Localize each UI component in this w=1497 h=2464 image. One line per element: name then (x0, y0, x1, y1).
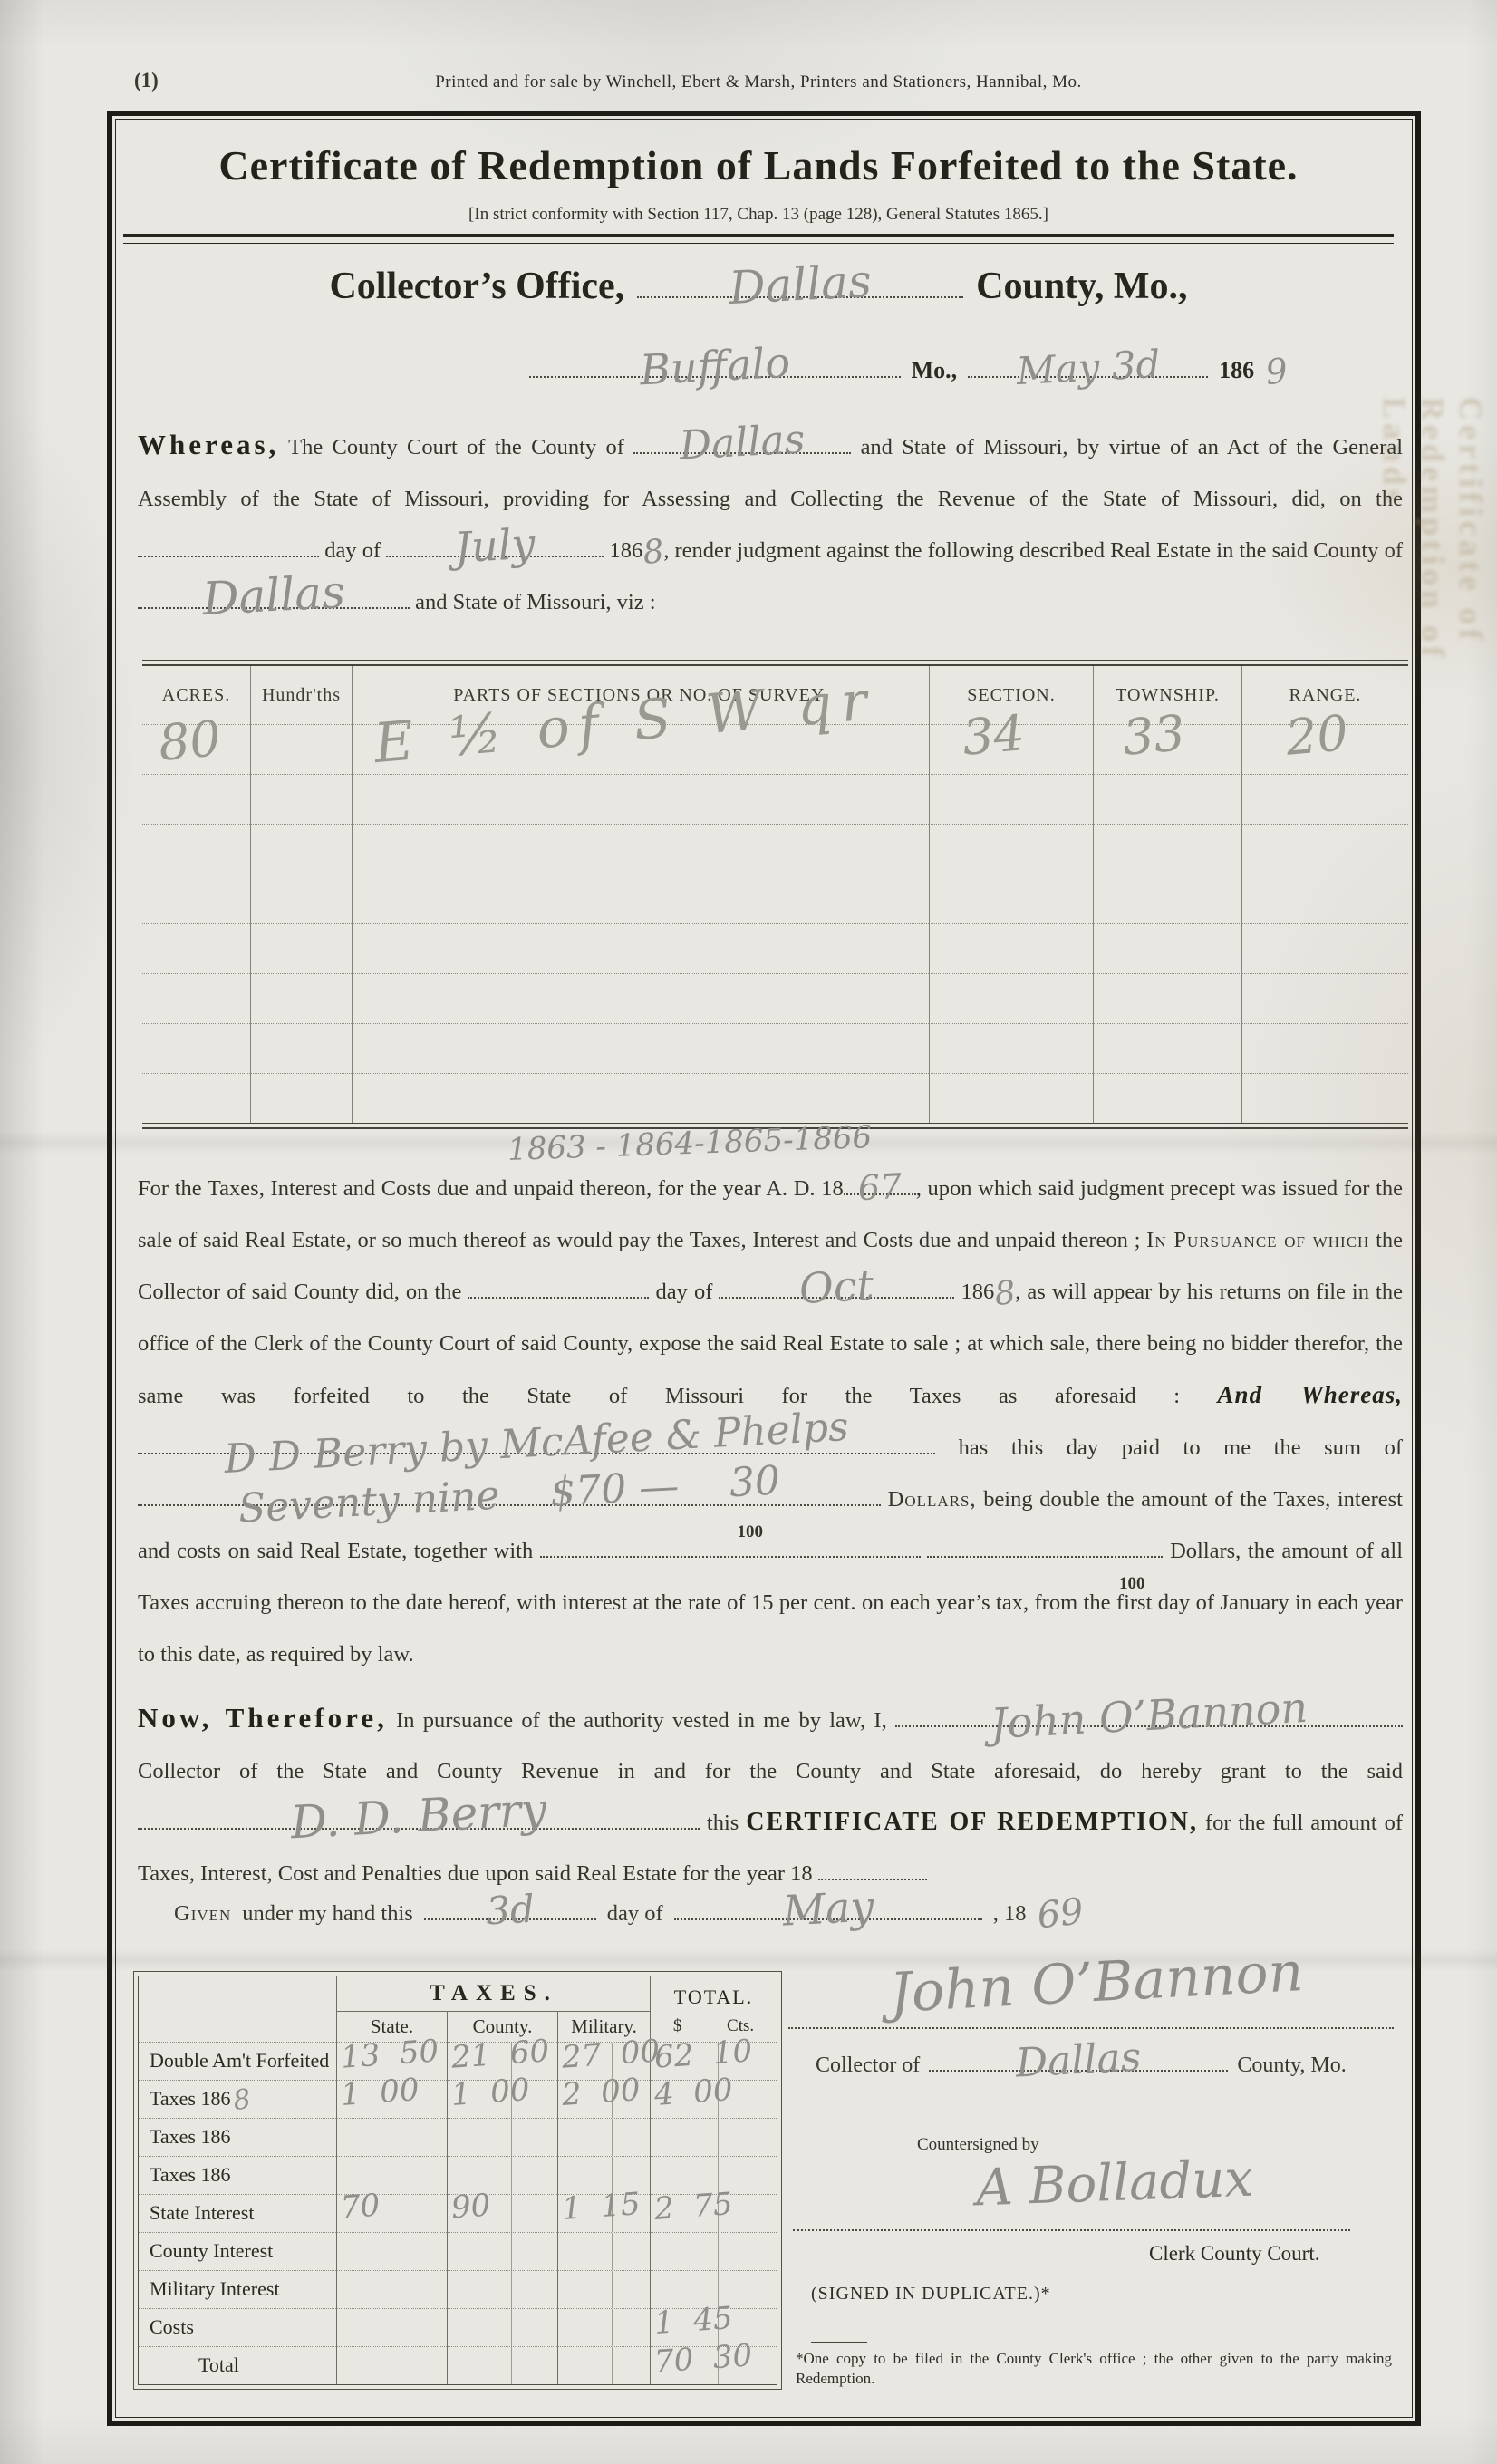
tax-year-handwritten: 8 (233, 2100, 250, 2102)
date-blank: May 3d (968, 371, 1208, 378)
tax-row-label-text: County Interest (150, 2239, 273, 2262)
tax-table-row: Total70 30 (139, 2346, 777, 2384)
month-handwritten: Oct (798, 1264, 874, 1309)
land-table-cell (1093, 1073, 1241, 1123)
tax-table-row: State Interest70901 152 75 (139, 2194, 777, 2232)
tax-table-row: County Interest (139, 2232, 777, 2270)
land-table-cell (929, 824, 1093, 874)
tax-row-label: Taxes 186 (139, 2118, 336, 2156)
land-table-cell (250, 874, 352, 923)
footnote: *One copy to be filed in the County Cler… (796, 2349, 1392, 2389)
land-table-cell (352, 874, 929, 923)
grantee-handwritten: D. D. Berry (290, 1787, 548, 1846)
pursuance-phrase: In Pursuance of which (1146, 1228, 1369, 1252)
land-table-cell (250, 774, 352, 824)
land-table-cell (250, 1073, 352, 1123)
tax-value-cell-total: 70 30 (650, 2346, 777, 2384)
tax-value-handwritten: 21 60 (450, 2035, 550, 2073)
tax-value-cell-total (650, 2232, 777, 2270)
document-page: (1) Printed and for sale by Winchell, Eb… (0, 0, 1497, 2464)
land-column-header: TOWNSHIP. (1093, 666, 1241, 724)
land-table-cell (250, 1023, 352, 1073)
land-table-cell (352, 824, 929, 874)
tax-value-cell-total (650, 2118, 777, 2156)
day-blank (138, 552, 319, 557)
land-table-cell (142, 774, 250, 824)
land-table-cell (1093, 774, 1241, 824)
land-table-cell (250, 824, 352, 874)
total-header: TOTAL. (650, 1976, 777, 2011)
tax-row-label-text: Taxes 186 (150, 2087, 231, 2110)
land-column-header: SECTION. (929, 666, 1093, 724)
tax-row-label: Double Am't Forfeited (139, 2042, 336, 2080)
land-table-cell (1241, 724, 1408, 774)
land-table-cell (142, 1023, 250, 1073)
tax-value-handwritten: 1 15 (561, 2189, 642, 2225)
tax-row-label: County Interest (139, 2232, 336, 2270)
tax-value-cell-county (447, 2118, 557, 2156)
tax-row-label: Military Interest (139, 2270, 336, 2308)
land-table-cell (929, 923, 1093, 973)
signed-in-duplicate-note: (SIGNED IN DUPLICATE.)* (811, 2284, 1051, 2305)
dollars-label: Dollars, (888, 1487, 977, 1512)
day-handwritten: 3d (485, 1890, 536, 1931)
land-table-cell (142, 923, 250, 973)
given-lead: Given (174, 1901, 231, 1927)
year-handwritten: 69 (1038, 1911, 1084, 1916)
printed-text: and State of Missouri, viz : (415, 590, 655, 614)
collector-of-line: Collector of Dallas County, Mo. (816, 2053, 1347, 2078)
sum-blank: Seventy nine $70 — 30100 (138, 1499, 881, 1506)
tax-row-label-text: Total (198, 2353, 239, 2376)
year-handwritten: 8 (995, 1293, 1016, 1295)
printed-text: has (959, 1435, 989, 1460)
document-title: Certificate of Redemption of Lands Forfe… (107, 141, 1410, 189)
printed-text: day of (656, 1280, 713, 1304)
printed-text: For the Taxes, Interest and Costs due an… (138, 1176, 844, 1201)
county-blank: Dallas (929, 2064, 1228, 2072)
footnote-rule (811, 2342, 867, 2343)
place-blank: Buffalo (529, 371, 901, 378)
land-table-cell (1093, 973, 1241, 1023)
year-blank (818, 1875, 927, 1880)
tax-value-cell-military (557, 2232, 650, 2270)
month-blank: Oct (719, 1291, 954, 1299)
tax-value-cell-military: 2 00 (557, 2080, 650, 2118)
tax-row-label: Taxes 1868 (139, 2080, 336, 2118)
land-table-cell (250, 973, 352, 1023)
land-table-cell (929, 774, 1093, 824)
certificate-of-redemption-phrase: CERTIFICATE OF REDEMPTION, (746, 1808, 1198, 1836)
printed-text: , render judgment against the following … (663, 538, 1403, 563)
land-table-cell (929, 724, 1093, 774)
tax-table-row: Taxes 18681 001 002 004 00 (139, 2080, 777, 2118)
land-table-cell (1093, 874, 1241, 923)
printed-text: The County Court of the County of (288, 435, 624, 459)
printed-text: this day paid to me the sum of (1011, 1435, 1403, 1460)
tax-value-cell-state (336, 2346, 447, 2384)
tax-value-handwritten: 27 00 (561, 2035, 661, 2073)
land-table-cell (142, 724, 250, 774)
amount-blank: 100 (927, 1552, 1163, 1558)
dollar-sign: $ (673, 2016, 682, 2036)
fraction-denominator: 100 (738, 1506, 764, 1558)
land-table-cell (250, 923, 352, 973)
given-line: Given under my hand this 3d day of May ,… (174, 1901, 1083, 1927)
land-column-header: ACRES. (142, 666, 250, 724)
tax-row-label: Costs (139, 2308, 336, 2346)
land-table-cell (1093, 1023, 1241, 1073)
land-table-cell (142, 973, 250, 1023)
tax-value-cell-total: 4 00 (650, 2080, 777, 2118)
land-column-header: Hundr'ths (250, 666, 352, 724)
tax-value-cell-county: 1 00 (447, 2080, 557, 2118)
land-table-cell (1241, 824, 1408, 874)
land-table-cell (352, 724, 929, 774)
land-column-header: PARTS OF SECTIONS OR NO. OF SURVEY. (352, 666, 929, 724)
land-table-cell (1241, 923, 1408, 973)
countersigned-label: Countersigned by (917, 2135, 1039, 2155)
tax-value-cell-military (557, 2346, 650, 2384)
collector-name-blank: John O’Bannon (895, 1720, 1403, 1727)
tax-value-cell-county (447, 2270, 557, 2308)
taxes-paragraph: For the Taxes, Interest and Costs due an… (138, 1163, 1403, 1680)
tax-table-row: Taxes 186 (139, 2118, 777, 2156)
collector-name-handwritten: John O’Bannon (990, 1686, 1309, 1744)
tax-value-handwritten: 2 00 (561, 2074, 642, 2111)
land-table-cell (929, 1073, 1093, 1123)
land-table-cell (352, 1023, 929, 1073)
and-whereas-lead: And Whereas, (1218, 1381, 1403, 1408)
tax-row-label: State Interest (139, 2194, 336, 2232)
land-table-cell (1093, 724, 1241, 774)
county-handwritten: Dallas (728, 258, 873, 311)
collector-of-label: Collector of (816, 2053, 920, 2078)
printed-text: 186 (610, 538, 643, 563)
printed-text: day of (324, 538, 381, 563)
tax-row-label-text: Taxes 186 (150, 2163, 231, 2186)
grantee-blank: D. D. Berry (138, 1822, 700, 1830)
land-table-cell (352, 973, 929, 1023)
tax-row-label-text: Taxes 186 (150, 2125, 231, 2148)
tax-table-rows: Double Am't Forfeited13 5021 6027 0062 1… (139, 2042, 777, 2384)
day-blank (468, 1293, 649, 1299)
whereas-paragraph: Whereas, The County Court of the County … (138, 419, 1403, 628)
land-table-cell (929, 1023, 1093, 1073)
printed-text: day of (607, 1901, 663, 1927)
county-handwritten: Dallas (1015, 2037, 1143, 2083)
printed-text: , 18 (993, 1901, 1027, 1927)
land-table-cell (352, 1073, 929, 1123)
tax-value-cell-state (336, 2270, 447, 2308)
year-blank: 67 (844, 1188, 916, 1195)
payer-blank: D D Berry by McAfee & Phelps (138, 1447, 935, 1454)
tax-row-label-text: Military Interest (150, 2277, 280, 2300)
tax-value-cell-state (336, 2232, 447, 2270)
county-handwritten: Dallas (679, 420, 806, 466)
tax-value-cell-military (557, 2118, 650, 2156)
month-handwritten: July (454, 523, 536, 569)
land-table-cell (1093, 923, 1241, 973)
tax-value-handwritten: 70 30 (653, 2340, 753, 2377)
tax-value-cell-military: 1 15 (557, 2194, 650, 2232)
land-table-cell (1241, 1023, 1408, 1073)
tax-value-cell-state: 70 (336, 2194, 447, 2232)
land-table-cell (250, 724, 352, 774)
tax-value-cell-state (336, 2308, 447, 2346)
land-table-cell (1241, 874, 1408, 923)
tax-table-row: Costs1 45 (139, 2308, 777, 2346)
tax-value-cell-state: 1 00 (336, 2080, 447, 2118)
tax-value-handwritten: 62 10 (653, 2035, 753, 2073)
now-therefore-lead: Now, Therefore, (138, 1702, 388, 1734)
printed-text: In pursuance of the authority vested in … (396, 1708, 887, 1733)
land-table-cell (1241, 1073, 1408, 1123)
tax-value-handwritten: 1 45 (653, 2303, 734, 2339)
taxes-header: TAXES. (336, 1976, 651, 2012)
tax-value-handwritten: 2 75 (653, 2189, 734, 2225)
county-blank: Dallas (637, 291, 963, 298)
tax-row-label: Total (139, 2346, 336, 2384)
tax-value-handwritten: 4 00 (653, 2074, 734, 2111)
tax-value-handwritten: 1 00 (450, 2074, 531, 2111)
office-suffix: County, Mo., (976, 265, 1187, 308)
land-table-cell (929, 874, 1093, 923)
conformity-note: [In strict conformity with Section 117, … (107, 205, 1410, 225)
county-handwritten: Dallas (201, 569, 346, 622)
date-handwritten: May 3d (1015, 345, 1161, 391)
tax-summary-table: TAXES. TOTAL. State. County. Military. $… (138, 1976, 777, 2385)
month-handwritten: May (781, 1885, 874, 1931)
month-blank: July (386, 550, 604, 557)
land-table-cell (1241, 774, 1408, 824)
amount-blank (540, 1552, 921, 1558)
printed-text: this (707, 1811, 739, 1835)
month-blank: May (674, 1913, 982, 1920)
tax-value-cell-county (447, 2346, 557, 2384)
printed-text: Collector of the State and County Revenu… (138, 1759, 1403, 1783)
tax-value-cell-military (557, 2270, 650, 2308)
signature-line (788, 2027, 1394, 2029)
county-mo-suffix: County, Mo. (1237, 2053, 1346, 2078)
mo-label: Mo., (912, 357, 958, 384)
place-handwritten: Buffalo (639, 342, 791, 391)
fraction-denominator: 100 (1119, 1558, 1145, 1609)
tax-value-handwritten: 1 00 (340, 2074, 420, 2111)
tax-value-cell-county (447, 2308, 557, 2346)
land-column-header: RANGE. (1241, 666, 1408, 724)
tax-value-cell-county: 90 (447, 2194, 557, 2232)
tax-row-label-text: Costs (150, 2315, 194, 2338)
land-table-cell (929, 973, 1093, 1023)
tax-value-cell-state (336, 2118, 447, 2156)
tax-value-cell-total: 2 75 (650, 2194, 777, 2232)
signature-line (793, 2229, 1350, 2231)
tax-row-label-text: Double Am't Forfeited (150, 2049, 329, 2072)
land-table-cell (352, 774, 929, 824)
day-blank: 3d (424, 1913, 596, 1920)
whereas-lead: Whereas, (138, 429, 279, 460)
year-prefix: 186 (1219, 357, 1254, 384)
year-handwritten: 8 (643, 552, 664, 554)
county-blank: Dallas (633, 447, 851, 454)
printed-text: 186 (961, 1280, 995, 1304)
tax-value-cell-county (447, 2232, 557, 2270)
clerk-title: Clerk County Court. (1149, 2242, 1319, 2266)
tax-value-handwritten: 90 (450, 2190, 492, 2224)
tax-value-handwritten: 70 (340, 2190, 381, 2224)
tax-value-handwritten: 13 50 (340, 2035, 439, 2073)
year-handwritten: 9 (1266, 371, 1288, 373)
land-table-cell (142, 1073, 250, 1123)
land-table-cell (142, 824, 250, 874)
land-table-cell (142, 874, 250, 923)
office-label: Collector’s Office, (329, 265, 624, 308)
grant-paragraph: Now, Therefore, In pursuance of the auth… (138, 1693, 1403, 1899)
tax-table-row: Military Interest (139, 2270, 777, 2308)
land-table-cell (1093, 824, 1241, 874)
collectors-office-line: Collector’s Office, Dallas County, Mo., (107, 265, 1410, 308)
tax-table-row: Double Am't Forfeited13 5021 6027 0062 1… (139, 2042, 777, 2080)
land-table-cell (352, 923, 929, 973)
county-blank: Dallas (138, 602, 410, 609)
tax-value-cell-military (557, 2308, 650, 2346)
printer-credit: Printed and for sale by Winchell, Ebert … (107, 72, 1410, 92)
header-divider-rule (123, 234, 1394, 244)
place-date-line: Buffalo Mo., May 3d 186 9 (256, 357, 1497, 384)
tax-table-row: Taxes 186 (139, 2156, 777, 2194)
tax-row-label: Taxes 186 (139, 2156, 336, 2194)
printed-text: under my hand this (242, 1901, 413, 1927)
tax-row-label-text: State Interest (150, 2201, 254, 2224)
land-table-cell (1241, 973, 1408, 1023)
land-description-table: ACRES.Hundr'thsPARTS OF SECTIONS OR NO. … (142, 664, 1408, 1124)
year-handwritten: 67 (857, 1169, 903, 1205)
